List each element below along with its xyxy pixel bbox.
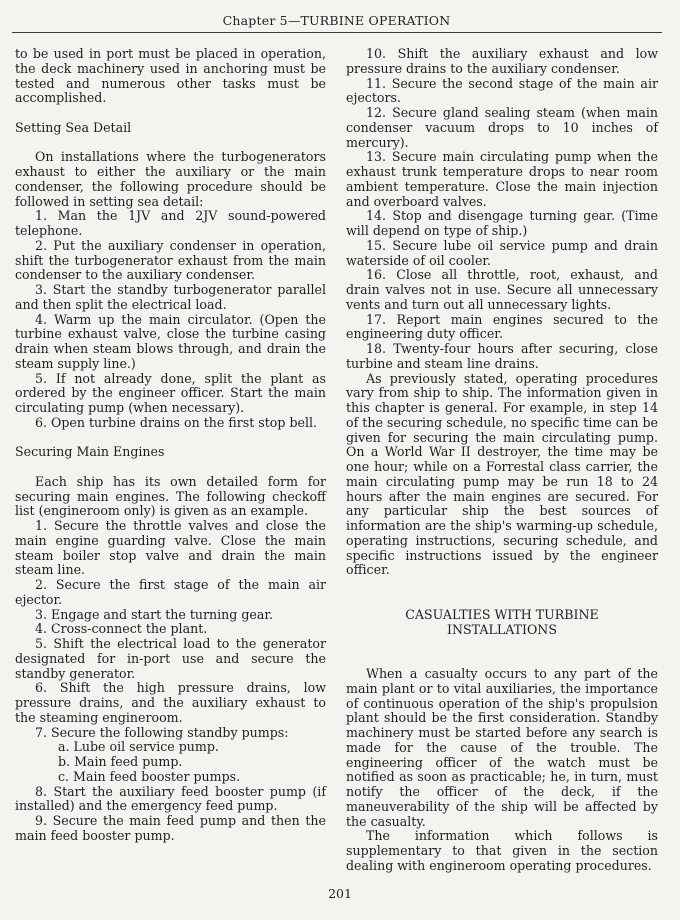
list-item: 2. Put the auxiliary condenser in operat… bbox=[15, 239, 326, 283]
list-item: 10. Shift the auxiliary exhaust and low … bbox=[346, 47, 658, 77]
section-heading-setting-sea-detail: Setting Sea Detail bbox=[15, 121, 326, 136]
list-item: 17. Report main engines secured to the e… bbox=[346, 313, 658, 343]
list-item: 12. Secure gland sealing steam (when mai… bbox=[346, 106, 658, 150]
list-item: 5. If not already done, split the plant … bbox=[15, 372, 326, 416]
running-header: Chapter 5—TURBINE OPERATION bbox=[15, 13, 658, 28]
list-item: 3. Engage and start the turning gear. bbox=[15, 608, 326, 623]
page-number: 201 bbox=[0, 886, 680, 901]
left-column: to be used in port must be placed in ope… bbox=[15, 47, 326, 844]
list-item: 14. Stop and disengage turning gear. (Ti… bbox=[346, 209, 658, 239]
list-item: 18. Twenty-four hours after securing, cl… bbox=[346, 342, 658, 372]
list-item: 7. Secure the following standby pumps: bbox=[15, 726, 326, 741]
list-item: 6. Shift the high pressure drains, low p… bbox=[15, 681, 326, 725]
list-item: 15. Secure lube oil service pump and dra… bbox=[346, 239, 658, 269]
list-item: 1. Man the 1JV and 2JV sound-powered tel… bbox=[15, 209, 326, 239]
list-item: 6. Open turbine drains on the first stop… bbox=[15, 416, 326, 431]
setting-sea-detail-intro: On installations where the turbogenerato… bbox=[15, 150, 326, 209]
list-item: 1. Secure the throttle valves and close … bbox=[15, 519, 326, 578]
list-item: 13. Secure main circulating pump when th… bbox=[346, 150, 658, 209]
list-item: 2. Secure the first stage of the main ai… bbox=[15, 578, 326, 608]
header-rule bbox=[12, 32, 662, 33]
section-heading-line: CASUALTIES WITH TURBINE bbox=[346, 608, 658, 623]
summary-paragraph: As previously stated, operating procedur… bbox=[346, 372, 658, 579]
list-item: 5. Shift the electrical load to the gene… bbox=[15, 637, 326, 681]
list-item: 11. Secure the second stage of the main … bbox=[346, 77, 658, 107]
sub-list-item: c. Main feed booster pumps. bbox=[15, 770, 326, 785]
right-column: 10. Shift the auxiliary exhaust and low … bbox=[346, 47, 658, 874]
sub-list-item: b. Main feed pump. bbox=[15, 755, 326, 770]
intro-paragraph: to be used in port must be placed in ope… bbox=[15, 47, 326, 106]
sub-list-item: a. Lube oil service pump. bbox=[15, 740, 326, 755]
section-heading-line: INSTALLATIONS bbox=[346, 623, 658, 638]
list-item: 4. Warm up the main circulator. (Open th… bbox=[15, 313, 326, 372]
section-heading-casualties: CASUALTIES WITH TURBINE INSTALLATIONS bbox=[346, 608, 658, 637]
list-item: 16. Close all throttle, root, exhaust, a… bbox=[346, 268, 658, 312]
casualties-paragraph: When a casualty occurs to any part of th… bbox=[346, 667, 658, 829]
casualties-paragraph: The information which follows is supplem… bbox=[346, 829, 658, 873]
list-item: 9. Secure the main feed pump and then th… bbox=[15, 814, 326, 844]
section-heading-securing-main-engines: Securing Main Engines bbox=[15, 445, 326, 460]
list-item: 3. Start the standby turbogenerator para… bbox=[15, 283, 326, 313]
list-item: 4. Cross-connect the plant. bbox=[15, 622, 326, 637]
list-item: 8. Start the auxiliary feed booster pump… bbox=[15, 785, 326, 815]
securing-main-engines-intro: Each ship has its own detailed form for … bbox=[15, 475, 326, 519]
